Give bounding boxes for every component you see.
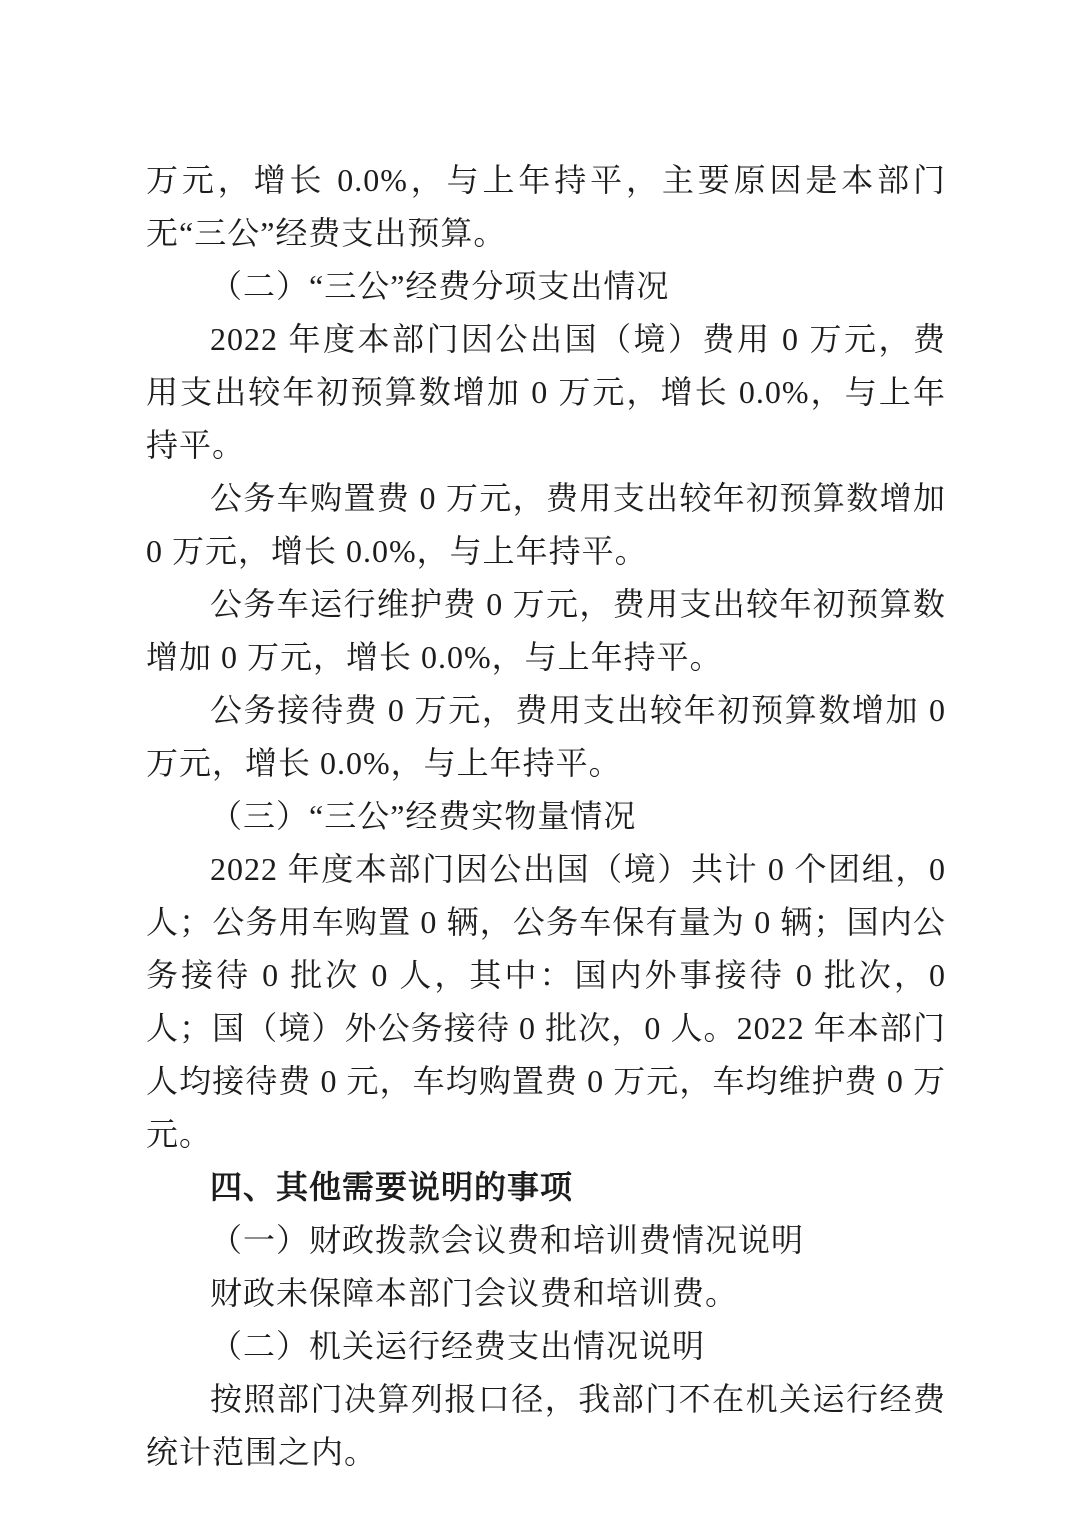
document-content: 万元，增长 0.0%，与上年持平，主要原因是本部门无“三公”经费支出预算。 （二… bbox=[146, 154, 946, 1479]
subheading-section-3-sangong-physical-quantity: （三）“三公”经费实物量情况 bbox=[146, 790, 946, 843]
document-page: 万元，增长 0.0%，与上年持平，主要原因是本部门无“三公”经费支出预算。 （二… bbox=[0, 0, 1074, 1520]
subheading-4-2-agency-operating-expense: （二）机关运行经费支出情况说明 bbox=[146, 1320, 946, 1373]
paragraph-official-vehicle-purchase-expense: 公务车购置费 0 万元，费用支出较年初预算数增加 0 万元，增长 0.0%，与上… bbox=[146, 472, 946, 578]
paragraph-sangong-total-continuation: 万元，增长 0.0%，与上年持平，主要原因是本部门无“三公”经费支出预算。 bbox=[146, 154, 946, 260]
subheading-section-2-sangong-itemized-expense: （二）“三公”经费分项支出情况 bbox=[146, 260, 946, 313]
paragraph-overseas-travel-expense: 2022 年度本部门因公出国（境）费用 0 万元，费用支出较年初预算数增加 0 … bbox=[146, 313, 946, 472]
subheading-4-1-meeting-and-training-fee: （一）财政拨款会议费和培训费情况说明 bbox=[146, 1214, 946, 1267]
paragraph-physical-quantity-details: 2022 年度本部门因公出国（境）共计 0 个团组，0 人；公务用车购置 0 辆… bbox=[146, 843, 946, 1161]
paragraph-agency-operating-expense-statement: 按照部门决算列报口径，我部门不在机关运行经费统计范围之内。 bbox=[146, 1373, 946, 1479]
heading-section-4-other-matters: 四、其他需要说明的事项 bbox=[146, 1161, 946, 1214]
paragraph-official-reception-expense: 公务接待费 0 万元，费用支出较年初预算数增加 0 万元，增长 0.0%，与上年… bbox=[146, 684, 946, 790]
paragraph-official-vehicle-maintenance-expense: 公务车运行维护费 0 万元，费用支出较年初预算数增加 0 万元，增长 0.0%，… bbox=[146, 578, 946, 684]
paragraph-meeting-and-training-fee-statement: 财政未保障本部门会议费和培训费。 bbox=[146, 1267, 946, 1320]
